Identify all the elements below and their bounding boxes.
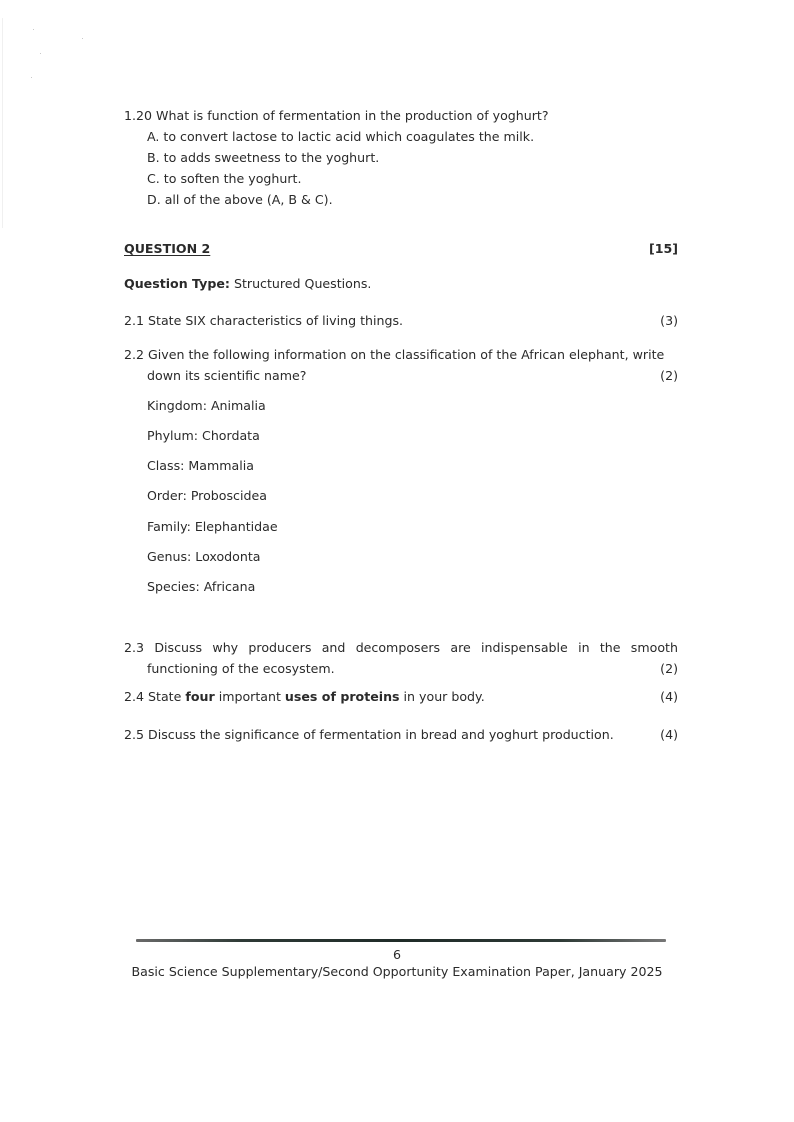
scan-speck — [40, 53, 41, 54]
question-2-2-line2: down its scientific name? — [147, 368, 678, 383]
option-c: C. to soften the yoghurt. — [147, 171, 678, 186]
word: indispensable — [481, 640, 568, 655]
word: why — [212, 640, 238, 655]
word: the — [600, 640, 621, 655]
question-2-3-line2: functioning of the ecosystem. — [147, 661, 678, 676]
page-number: 6 — [0, 947, 794, 962]
word: are — [450, 640, 470, 655]
question-2-1-marks: (3) — [660, 313, 678, 328]
scan-speck — [82, 38, 83, 39]
classification-genus: Genus: Loxodonta — [147, 549, 678, 564]
classification-order: Order: Proboscidea — [147, 488, 678, 503]
exam-page: 1.20 What is function of fermentation in… — [0, 0, 794, 1122]
question-2-heading: QUESTION 2 — [124, 241, 678, 256]
question-2-1: 2.1 State SIX characteristics of living … — [124, 313, 678, 328]
question-type-value: Structured Questions. — [230, 276, 371, 291]
option-b: B. to adds sweetness to the yoghurt. — [147, 150, 678, 165]
classification-phylum: Phylum: Chordata — [147, 428, 678, 443]
classification-species: Species: Africana — [147, 579, 678, 594]
word: decomposers — [356, 640, 440, 655]
question-type-label: Question Type: — [124, 276, 230, 291]
question-2-2-marks: (2) — [660, 368, 678, 383]
emphasis: four — [185, 689, 214, 704]
scan-speck — [31, 77, 32, 78]
option-d: D. all of the above (A, B & C). — [147, 192, 678, 207]
question-2-5-marks: (4) — [660, 727, 678, 742]
text: 2.4 State — [124, 689, 185, 704]
footer-divider — [136, 939, 666, 942]
question-2-total-marks: [15] — [649, 241, 678, 256]
question-2-4: 2.4 State four important uses of protein… — [124, 689, 678, 704]
text: important — [215, 689, 285, 704]
question-1-20-stem: 1.20 What is function of fermentation in… — [124, 108, 678, 123]
classification-family: Family: Elephantidae — [147, 519, 678, 534]
word: producers — [248, 640, 311, 655]
question-2-3-line1: 2.3 Discuss why producers and decomposer… — [124, 640, 678, 655]
question-type: Question Type: Structured Questions. — [124, 276, 678, 291]
emphasis: uses of proteins — [285, 689, 400, 704]
question-2-2-line1: 2.2 Given the following information on t… — [124, 347, 678, 362]
classification-class: Class: Mammalia — [147, 458, 678, 473]
option-a: A. to convert lactose to lactic acid whi… — [147, 129, 678, 144]
text: in your body. — [400, 689, 485, 704]
word: smooth — [631, 640, 678, 655]
scan-edge — [2, 18, 3, 228]
word: and — [322, 640, 346, 655]
footer-title: Basic Science Supplementary/Second Oppor… — [0, 964, 794, 979]
question-2-3-marks: (2) — [660, 661, 678, 676]
question-2-4-marks: (4) — [660, 689, 678, 704]
word: in — [578, 640, 589, 655]
word: 2.3 — [124, 640, 144, 655]
classification-kingdom: Kingdom: Animalia — [147, 398, 678, 413]
scan-speck — [33, 29, 34, 30]
word: Discuss — [154, 640, 202, 655]
question-2-5: 2.5 Discuss the significance of fermenta… — [124, 727, 678, 742]
